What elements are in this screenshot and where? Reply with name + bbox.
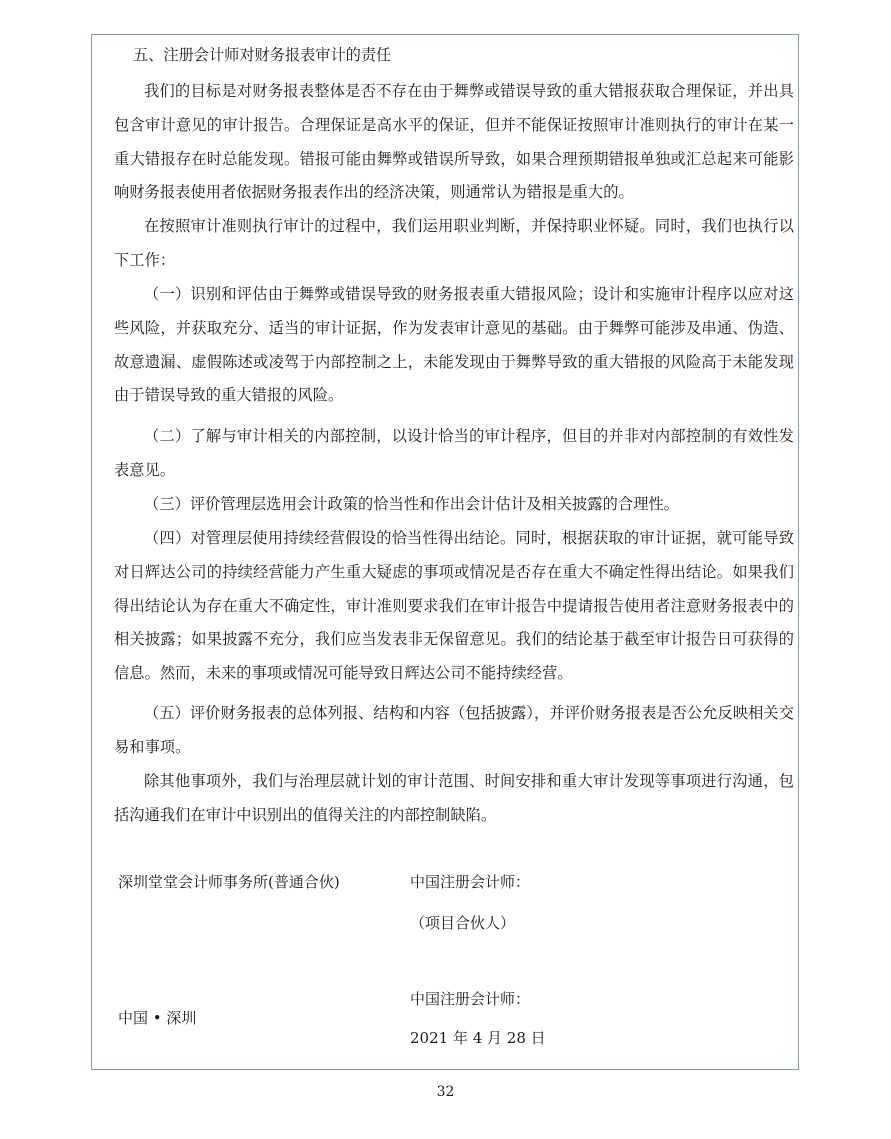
audit-firm-name: 深圳堂堂会计师事务所(普通合伙): [118, 871, 340, 893]
paragraph-item-4: （四）对管理层使用持续经营假设的恰当性得出结论。同时，根据获取的审计证据，就可能…: [114, 522, 794, 691]
project-partner-note: （项目合伙人）: [410, 912, 515, 934]
page-number: 32: [0, 1082, 891, 1102]
cpa-signature-label-2: 中国注册会计师：: [410, 988, 530, 1010]
paragraph-item-2: （二）了解与审计相关的内部控制，以设计恰当的审计程序，但目的并非对内部控制的有效…: [114, 420, 794, 488]
cpa-signature-label-1: 中国注册会计师：: [410, 871, 530, 893]
section-heading: 五、注册会计师对财务报表审计的责任: [133, 42, 391, 68]
report-date: 2021 年 4 月 28 日: [410, 1027, 546, 1049]
paragraph-item-3: （三）评价管理层选用会计政策的恰当性和作出会计估计及相关披露的合理性。: [114, 488, 794, 522]
paragraph-item-1: （一）识别和评估由于舞弊或错误导致的财务报表重大错报风险；设计和实施审计程序以应…: [114, 278, 794, 413]
paragraph-communication: 除其他事项外，我们与治理层就计划的审计范围、时间安排和重大审计发现等事项进行沟通…: [114, 765, 794, 833]
paragraph-procedures-intro: 在按照审计准则执行审计的过程中，我们运用职业判断，并保持职业怀疑。同时，我们也执…: [114, 210, 794, 278]
paragraph-objective: 我们的目标是对财务报表整体是否不存在由于舞弊或错误导致的重大错报获取合理保证，并…: [114, 75, 794, 210]
firm-location: 中国 • 深圳: [118, 1007, 196, 1029]
paragraph-item-5: （五）评价财务报表的总体列报、结构和内容（包括披露），并评价财务报表是否公允反映…: [114, 697, 794, 765]
